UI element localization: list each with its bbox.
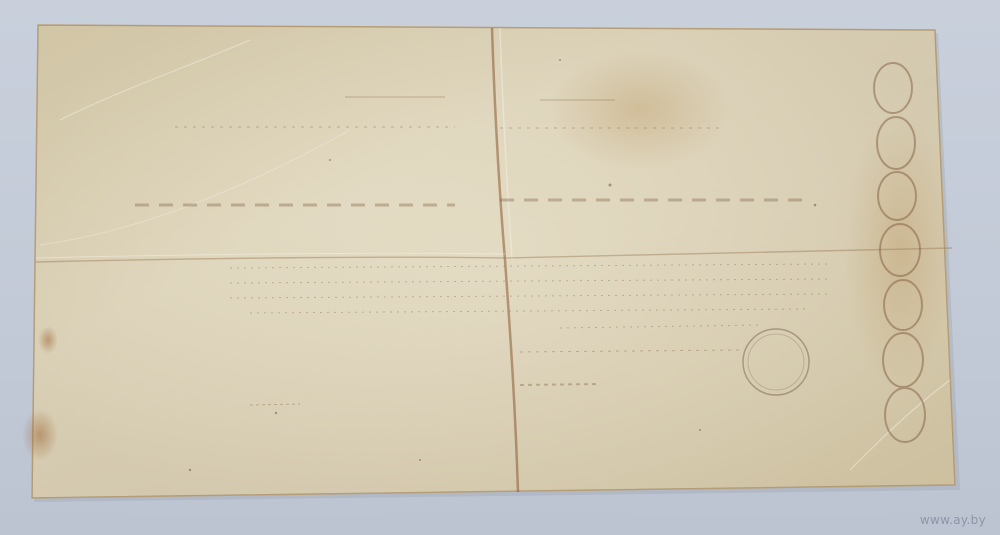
photo-scene: www.ay.by xyxy=(0,0,1000,535)
watermark-text: www.ay.by xyxy=(920,513,986,527)
banknote xyxy=(0,0,1000,535)
